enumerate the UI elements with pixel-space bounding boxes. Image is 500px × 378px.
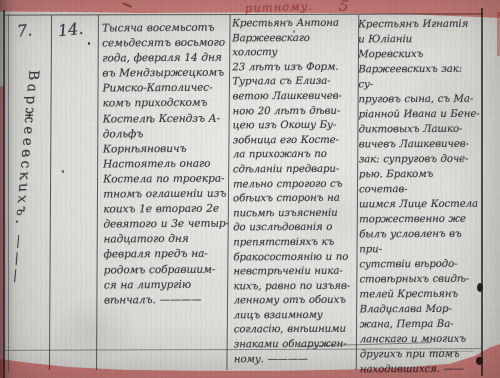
- column-ceremony-text: Тысяча восемьсотъ семьдесятъ восьмого го…: [102, 21, 231, 309]
- act-number: 14.: [57, 19, 84, 41]
- margin-surname-vertical: Варжеевскихъ. ———: [5, 49, 44, 307]
- column-divider-line: [96, 15, 99, 370]
- red-streak-left-edge: [0, 86, 4, 378]
- entry-number: 7.: [16, 20, 33, 40]
- column-divider-line: [49, 15, 52, 370]
- column-parties-text: Крестьянъ Антона Варжеевскаго холосту 23…: [232, 17, 358, 368]
- red-ink-annotation: ритному.: [245, 0, 313, 15]
- column-parents-witnesses-text: Крестьянъ Игнатія и Юліаніи Моревскихъ В…: [358, 17, 482, 378]
- scanned-register-page: 7. 14. Варжеевскихъ. ——— Тысяча восемьсо…: [0, 0, 500, 378]
- table-left-inner-line: [8, 14, 9, 372]
- ink-specks: [88, 42, 90, 45]
- ink-blot: [477, 283, 483, 292]
